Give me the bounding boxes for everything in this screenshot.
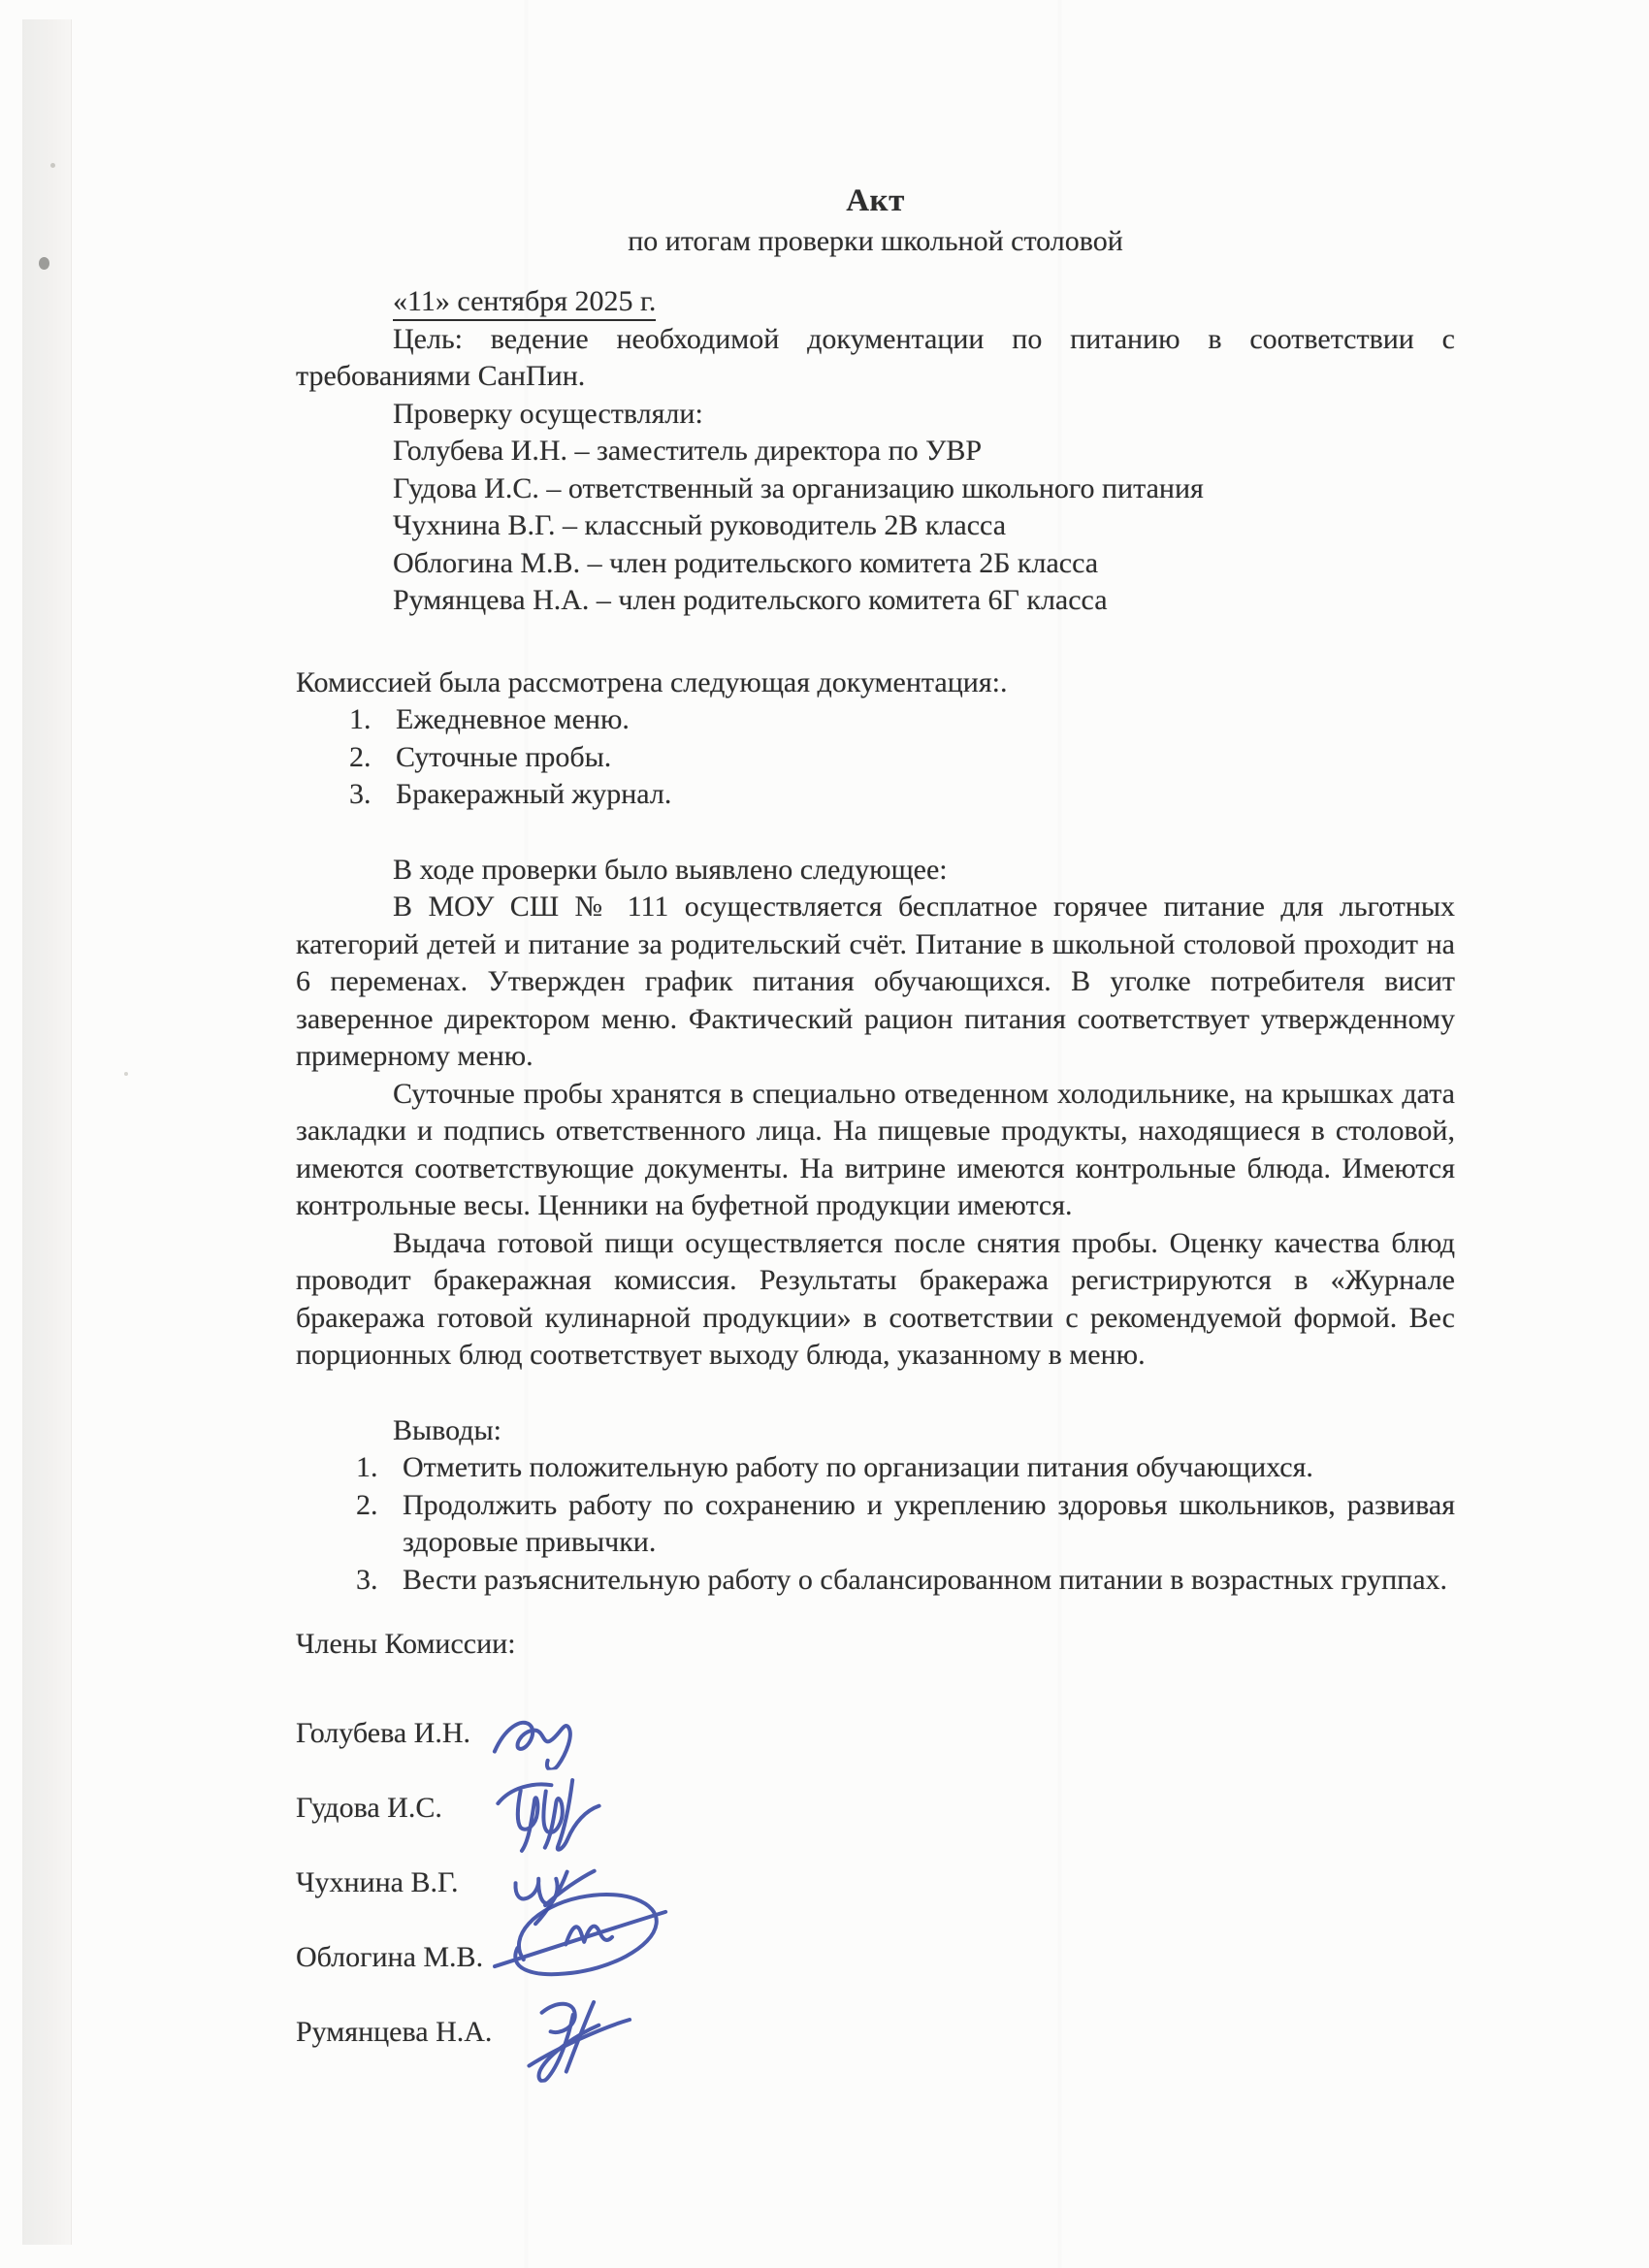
item-text: Ежедневное меню. (396, 701, 1455, 739)
scanned-document-page: Акт по итогам проверки школьной столовой… (0, 0, 1649, 2268)
conclusion-item: 1. Отметить положительную работу по орга… (296, 1449, 1455, 1487)
inspectors-heading: Проверку осуществляли: (296, 396, 1455, 434)
documentation-item: 2. Суточные пробы. (296, 739, 1455, 777)
member-row-golubeva: Голубева И.Н. (296, 1697, 1455, 1771)
paper-speck (124, 1072, 128, 1076)
documentation-list: 1. Ежедневное меню. 2. Суточные пробы. 3… (296, 701, 1455, 814)
inspector-line-gudova: Гудова И.С. – ответственный за организац… (296, 470, 1455, 508)
conclusion-item: 3. Вести разъяснительную работу о сбалан… (296, 1562, 1455, 1600)
conclusions-list: 1. Отметить положительную работу по орга… (296, 1449, 1455, 1599)
item-text: Бракеражный журнал. (396, 776, 1455, 814)
item-text: Вести разъяснительную работу о сбалансир… (403, 1562, 1455, 1600)
signature-gudova (491, 1771, 621, 1856)
documentation-item: 1. Ежедневное меню. (296, 701, 1455, 739)
member-name: Гудова И.С. (296, 1790, 442, 1828)
item-number: 2. (296, 1487, 403, 1525)
documentation-item: 3. Бракеражный журнал. (296, 776, 1455, 814)
item-number: 2. (296, 739, 396, 777)
findings-heading: В ходе проверки было выявлено следующее: (296, 852, 1455, 890)
item-number: 3. (296, 776, 396, 814)
document-body: Акт по итогам проверки школьной столовой… (296, 0, 1455, 2070)
findings-paragraph-2: Суточные пробы хранятся в специально отв… (296, 1076, 1455, 1225)
inspector-line-chukhnina: Чухнина В.Г. – классный руководитель 2В … (296, 507, 1455, 545)
findings-paragraph-3: Выдача готовой пищи осуществляется после… (296, 1225, 1455, 1375)
date-underlined-text: «11» сентября 2025 г. (393, 285, 656, 321)
signature-rumyantseva (512, 1992, 637, 2083)
item-number: 1. (296, 701, 396, 739)
paper-speck (50, 163, 55, 168)
signature-golubeva (486, 1701, 601, 1774)
document-subtitle: по итогам проверки школьной столовой (296, 221, 1455, 262)
inspector-line-golubeva: Голубева И.Н. – заместитель директора по… (296, 433, 1455, 470)
findings-paragraph-1: В МОУ СШ № 111 осуществляется бесплатное… (296, 889, 1455, 1076)
member-row-chukhnina: Чухнина В.Г. (296, 1846, 1455, 1921)
scan-edge-shadow (22, 19, 72, 2245)
item-text: Продолжить работу по сохранению и укрепл… (403, 1487, 1455, 1562)
member-name: Румянцева Н.А. (296, 2014, 492, 2052)
member-row-oblogina: Облогина М.В. (296, 1921, 1455, 1995)
item-text: Суточные пробы. (396, 739, 1455, 777)
member-row-rumyantseva: Румянцева Н.А. (296, 1995, 1455, 2070)
item-number: 3. (296, 1562, 403, 1600)
document-title: Акт (296, 180, 1455, 221)
member-name: Облогина М.В. (296, 1939, 483, 1977)
conclusions-heading: Выводы: (296, 1412, 1455, 1450)
member-row-gudova: Гудова И.С. (296, 1771, 1455, 1846)
item-text: Отметить положительную работу по организ… (403, 1449, 1455, 1487)
member-name: Чухнина В.Г. (296, 1864, 458, 1902)
committee-heading: Члены Комиссии: (296, 1626, 1455, 1664)
inspector-line-oblogina: Облогина М.В. – член родительского комит… (296, 545, 1455, 583)
member-name: Голубева И.Н. (296, 1715, 470, 1753)
inspector-line-rumyantseva: Румянцева Н.А. – член родительского коми… (296, 582, 1455, 620)
purpose-paragraph: Цель: ведение необходимой документации п… (296, 321, 1455, 396)
document-date: «11» сентября 2025 г. (296, 283, 1455, 321)
item-number: 1. (296, 1449, 403, 1487)
committee-members: Голубева И.Н. Гудова И.С. Чухнина В.Г. (296, 1697, 1455, 2070)
paper-speck (39, 257, 49, 270)
documentation-heading: Комиссией была рассмотрена следующая док… (296, 664, 1455, 702)
conclusion-item: 2. Продолжить работу по сохранению и укр… (296, 1487, 1455, 1562)
signature-chukhnina (506, 1861, 604, 1928)
